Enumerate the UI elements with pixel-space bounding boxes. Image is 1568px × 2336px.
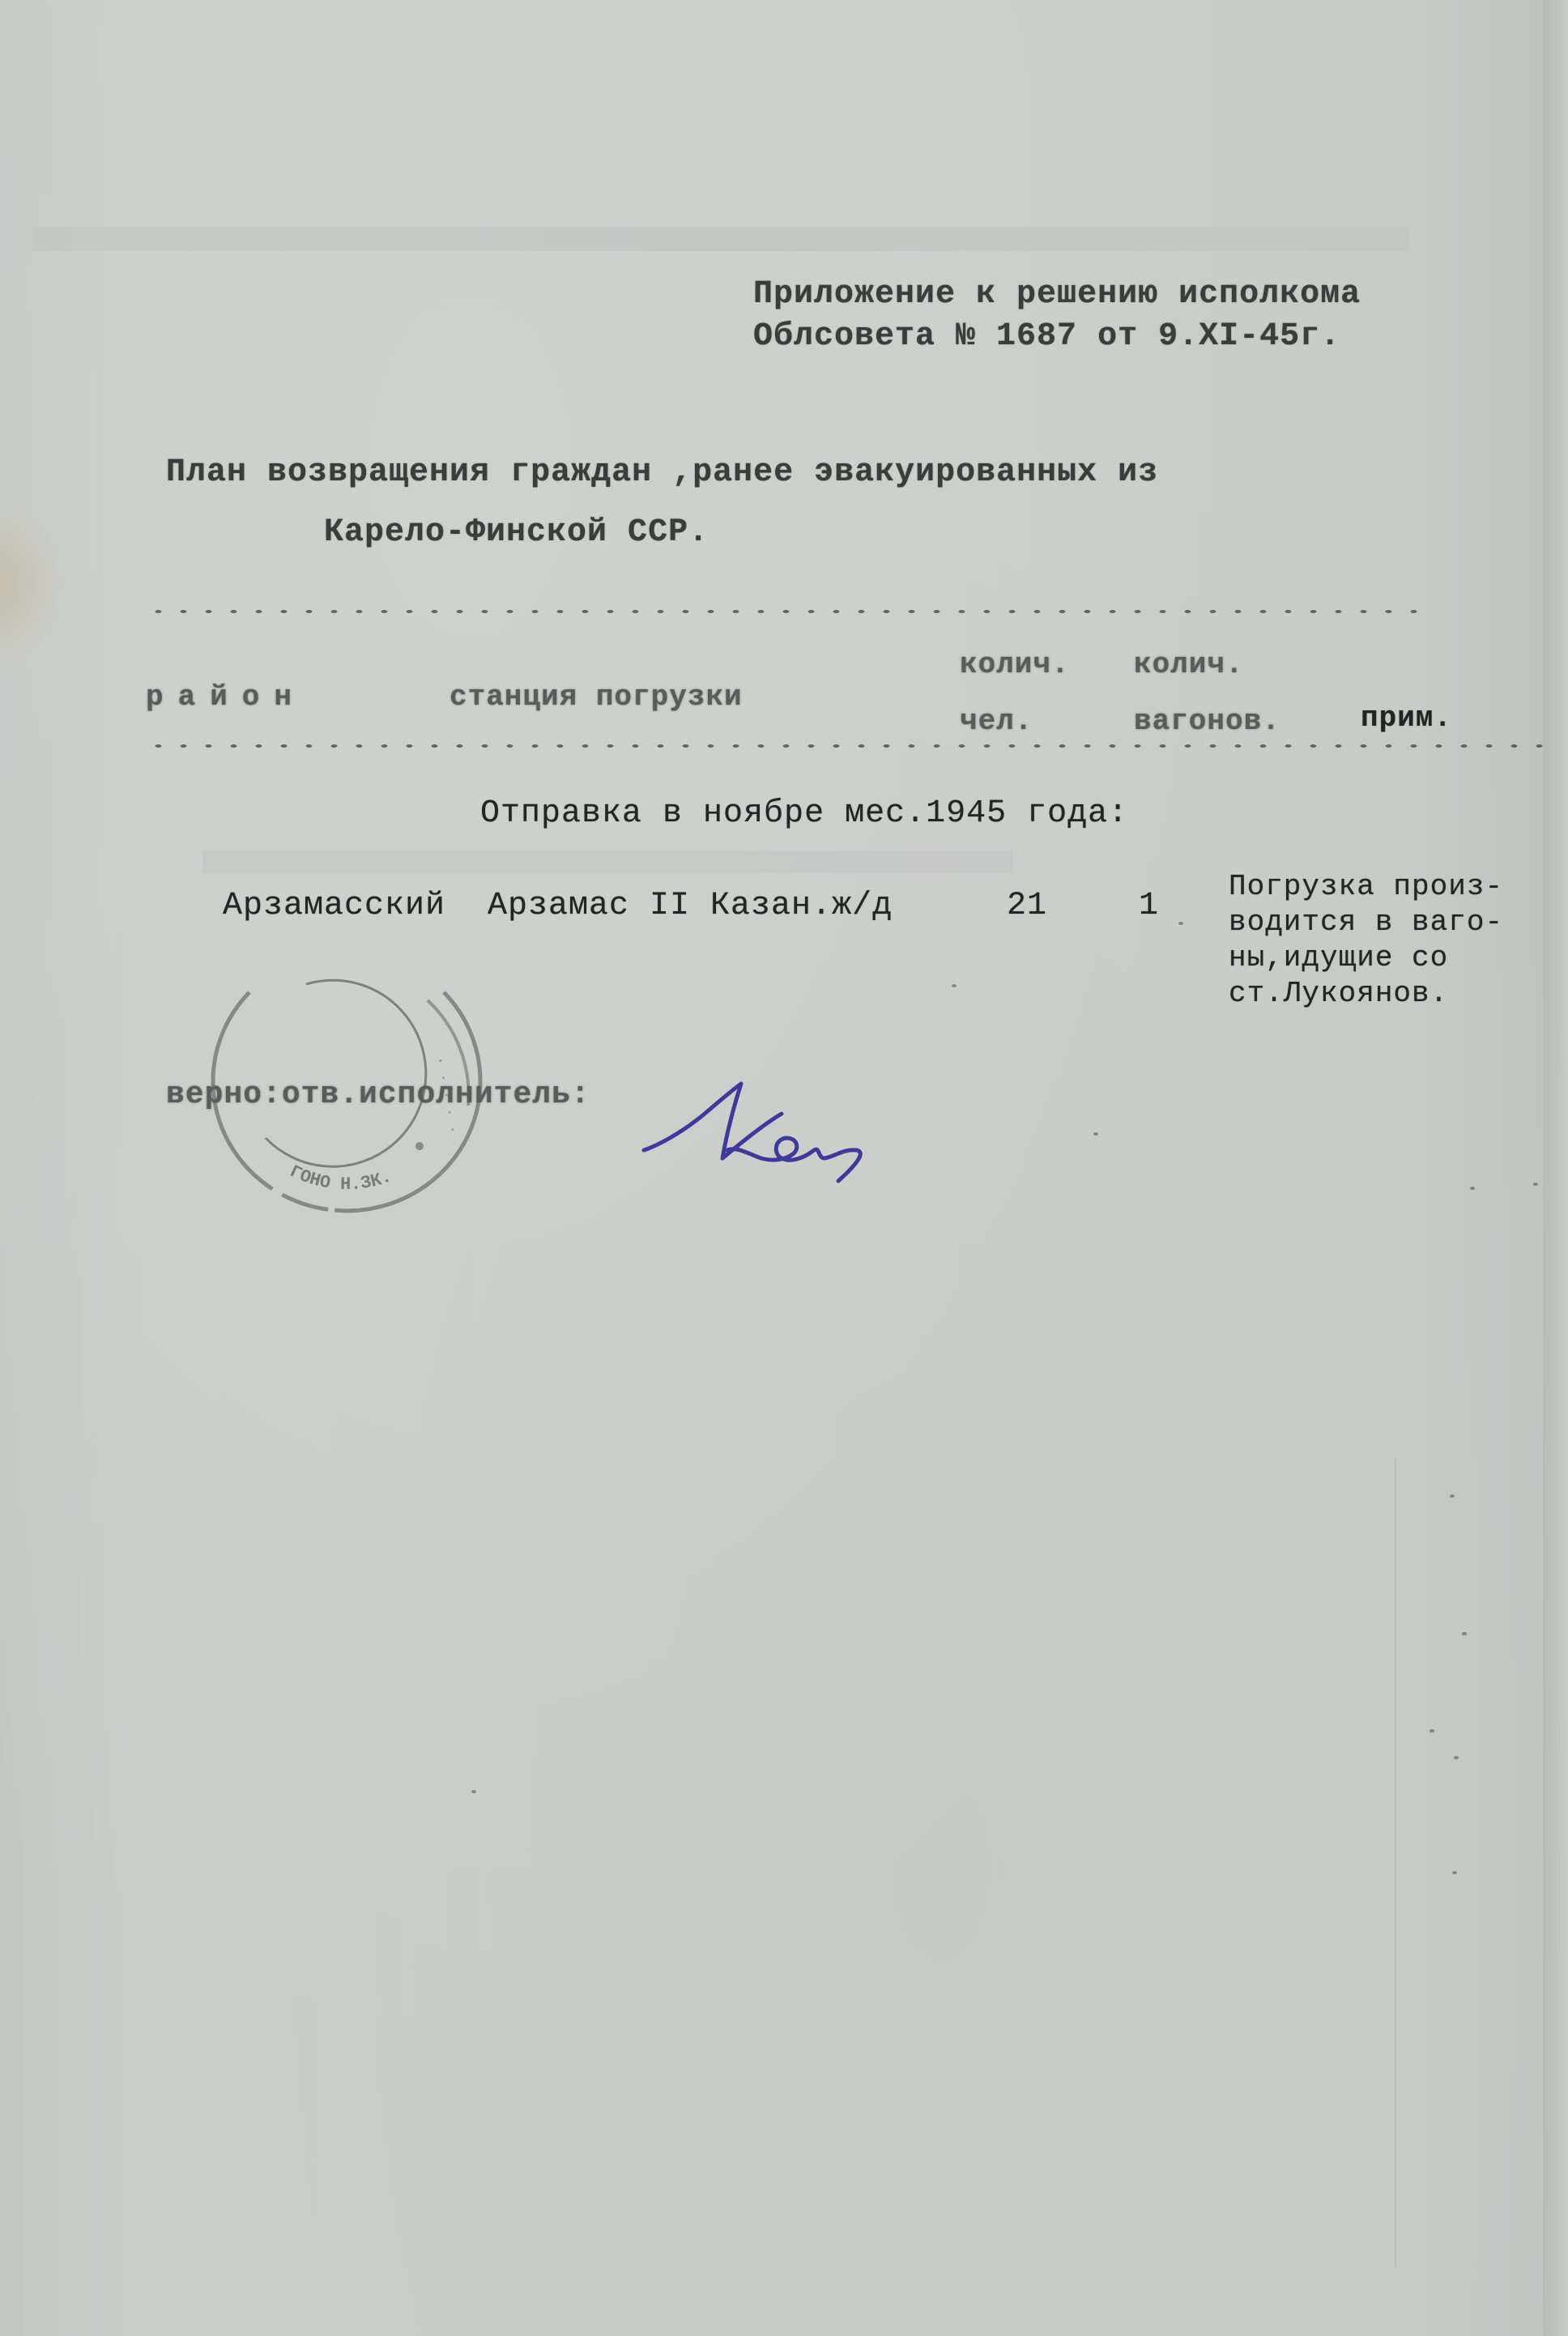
header-note: прим. — [1361, 701, 1452, 735]
table-rule-top — [146, 609, 1417, 614]
note-line-3: ны,идущие со — [1229, 940, 1503, 976]
header-wagons-line-2: вагонов. — [1134, 705, 1280, 738]
bleed-through-mark — [32, 227, 1409, 251]
paper-speck — [1462, 1632, 1467, 1635]
cell-wagons: 1 — [1139, 888, 1159, 924]
cell-people: 21 — [1007, 888, 1047, 924]
note-line-2: водится в ваго- — [1229, 905, 1503, 940]
paper-speck — [952, 984, 957, 987]
bleed-through-mark — [202, 850, 1012, 873]
paper-speck — [1452, 1871, 1457, 1874]
header-wagons-line-1: колич. — [1134, 648, 1244, 681]
note-line-4: ст.Лукоянов. — [1229, 976, 1503, 1012]
cell-station: Арзамас II Казан.ж/д — [488, 888, 893, 924]
annex-line-1: Приложение к решению исполкома — [753, 274, 1361, 316]
paper-speck — [1470, 1187, 1475, 1190]
section-heading: Отправка в ноябре мес.1945 года: — [480, 795, 1128, 832]
signature-text: Ком — [632, 1069, 655, 1073]
header-station: станция погрузки — [450, 680, 743, 714]
annex-reference: Приложение к решению исполкома Облсовета… — [753, 274, 1361, 358]
signature: Ком — [632, 1069, 923, 1199]
table-rule-bottom — [146, 744, 1555, 748]
paper-speck — [1093, 1132, 1098, 1136]
paper-stain — [0, 502, 65, 664]
paper-speck — [1533, 1183, 1538, 1186]
paper-speck — [1450, 1494, 1455, 1498]
title-line-1: План возвращения граждан ,ранее эвакуиро… — [166, 454, 1158, 491]
document-title: План возвращения граждан ,ранее эвакуиро… — [166, 452, 1158, 554]
title-line-2: Карело-Финской ССР. — [166, 512, 1158, 554]
paper-speck — [1430, 1729, 1434, 1733]
certification-label: верно:отв.исполнитель: — [166, 1077, 590, 1112]
header-people-line-2: чел. — [960, 705, 1033, 738]
header-people-line-1: колич. — [960, 648, 1070, 681]
note-line-1: Погрузка произ- — [1229, 869, 1503, 905]
header-rayon: район — [146, 680, 306, 714]
paper-speck — [471, 1790, 476, 1793]
cell-rayon: Арзамасский — [223, 888, 445, 924]
paper-speck — [1454, 1756, 1459, 1759]
cell-note: Погрузка произ- водится в ваго- ны,идущи… — [1229, 869, 1503, 1012]
paper-edge — [1543, 0, 1568, 2336]
annex-line-2: Облсовета № 1687 от 9.XI-45г. — [753, 316, 1361, 358]
paper-speck — [1178, 922, 1183, 925]
paper-fold-line — [1395, 1458, 1396, 2268]
